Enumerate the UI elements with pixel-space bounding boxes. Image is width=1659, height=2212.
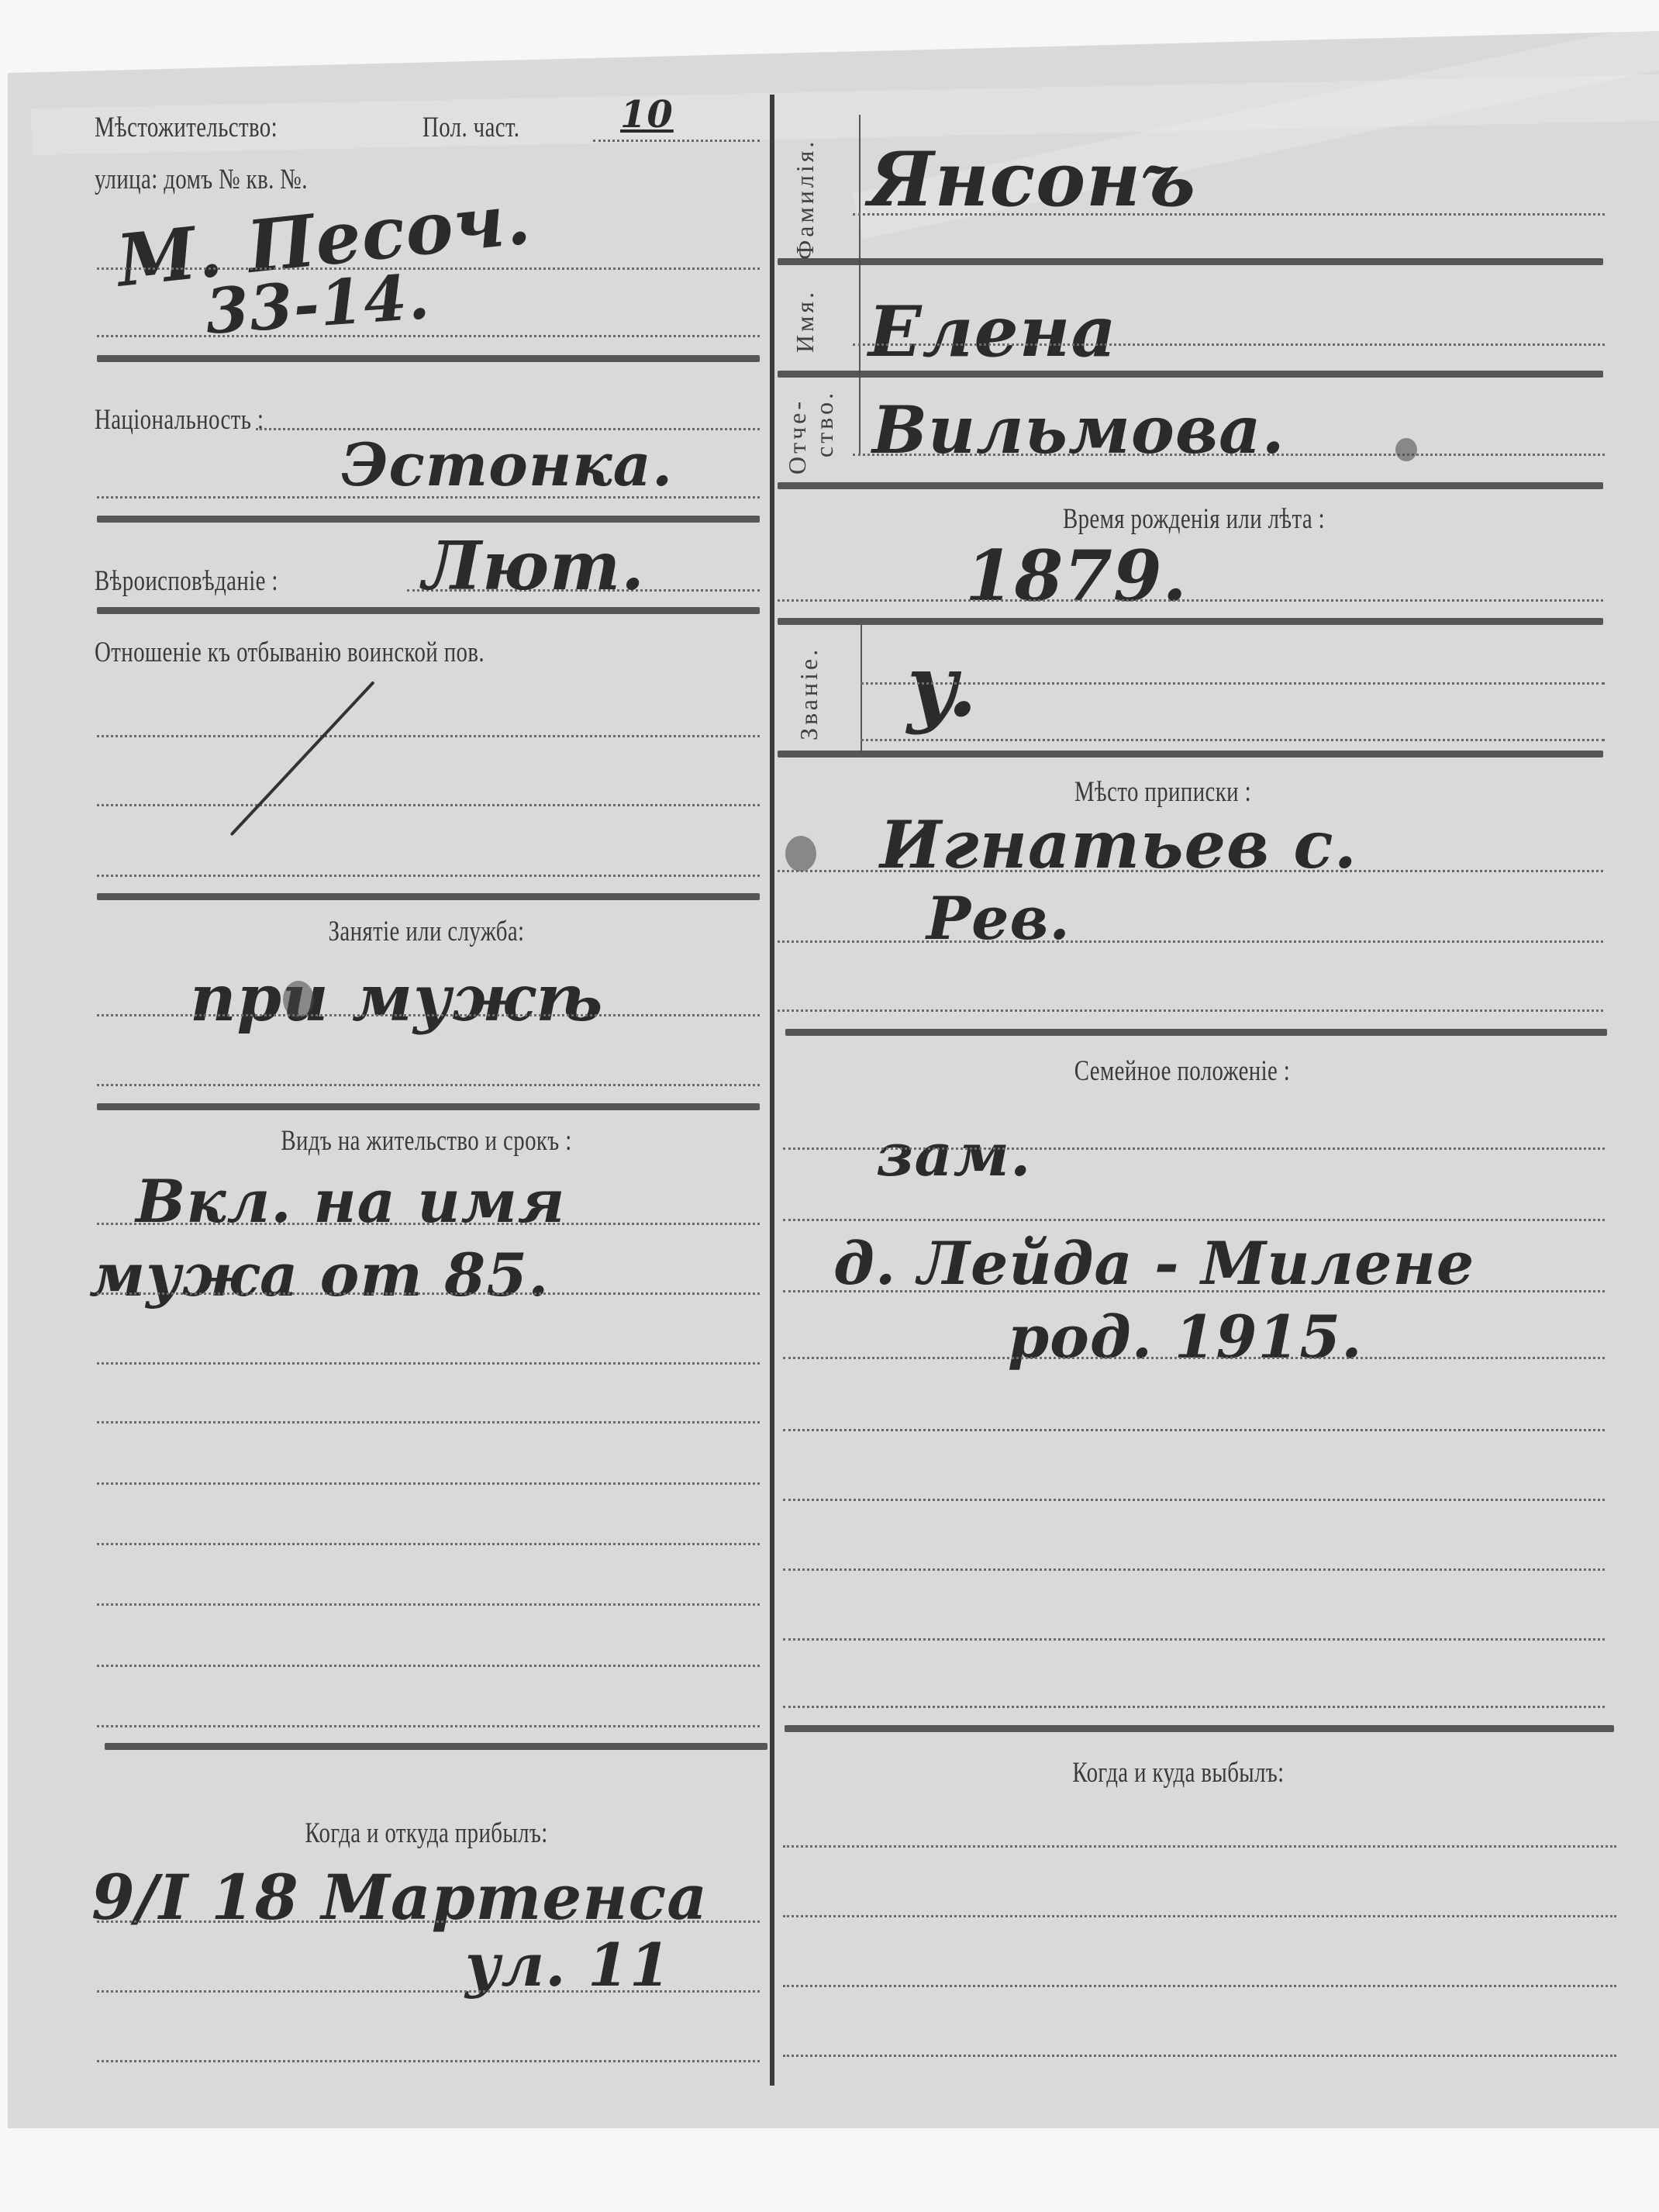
surname-value: Янсонъ	[868, 136, 1196, 223]
surname-label: Фамилія.	[791, 139, 819, 260]
family-line-4	[783, 1357, 1605, 1359]
section-rule	[778, 618, 1603, 625]
column-divider	[770, 95, 774, 2086]
permit-line-7	[97, 1603, 760, 1606]
section-rule	[778, 371, 1603, 378]
section-rule	[105, 1743, 767, 1750]
residence-line-2	[97, 335, 760, 337]
family-line-2	[783, 1219, 1605, 1221]
section-rule	[778, 482, 1603, 489]
religion-value: Лют.	[423, 527, 645, 606]
family-value-line2: д. Лейда - Милене	[833, 1229, 1474, 1298]
first-name-line	[853, 343, 1605, 346]
registration-place-label: Мѣсто приписки :	[1012, 775, 1314, 809]
surname-line	[853, 213, 1605, 216]
family-line-7	[783, 1568, 1605, 1571]
patronymic-label-line2: ство.	[810, 390, 839, 457]
street-label: улица: домъ № кв. №.	[95, 163, 308, 196]
permit-line-4	[97, 1421, 760, 1423]
occupation-value: при мужѣ	[190, 961, 603, 1036]
section-rule	[785, 1725, 1614, 1732]
permit-line-3	[97, 1362, 760, 1365]
permit-line-1	[97, 1223, 760, 1225]
rank-value: y.	[907, 636, 978, 736]
departure-line-1	[783, 1845, 1616, 1848]
family-line-1	[783, 1147, 1605, 1150]
residence-line-1	[97, 267, 760, 270]
ink-blot	[283, 981, 314, 1018]
rank-label-divider	[861, 624, 862, 752]
section-rule	[97, 355, 760, 362]
occupation-line-1	[97, 1014, 760, 1016]
permit-line-9	[97, 1725, 760, 1727]
departure-line-4	[783, 2055, 1616, 2057]
registration-line-3	[778, 1009, 1603, 1012]
nationality-label: Національность :	[95, 403, 264, 437]
ink-blot	[1395, 438, 1417, 461]
rank-label: Званіе.	[795, 647, 823, 740]
military-label: Отношеніе къ отбыванію воинской пов.	[95, 636, 485, 669]
section-rule	[97, 516, 760, 523]
nationality-line-2	[97, 496, 760, 499]
section-rule	[785, 1029, 1607, 1036]
section-rule	[778, 751, 1603, 757]
family-line-6	[783, 1499, 1605, 1501]
permit-line-2	[97, 1292, 760, 1295]
patronymic-value: Вильмова.	[872, 392, 1285, 468]
residence-label: Мѣстожительство:	[95, 111, 278, 144]
family-line-5	[783, 1429, 1605, 1431]
permit-line-8	[97, 1665, 760, 1667]
section-rule	[97, 607, 760, 614]
military-line-2	[97, 804, 760, 806]
section-rule	[97, 1103, 760, 1110]
section-rule	[97, 893, 760, 900]
residence-permit-value-line2: мужа от 85.	[89, 1241, 549, 1310]
family-line-3	[783, 1290, 1605, 1292]
birth-label: Время рожденія или лѣта :	[976, 502, 1412, 536]
police-part-label: Пол. част.	[423, 111, 519, 144]
label-column-divider	[859, 115, 861, 456]
nationality-value: Эстонка.	[341, 430, 673, 499]
permit-line-6	[97, 1543, 760, 1545]
family-value-line1: зам.	[876, 1120, 1031, 1189]
ink-blot	[785, 836, 816, 871]
family-line-8	[783, 1638, 1605, 1641]
police-part-line	[593, 140, 760, 142]
family-value-line3: род. 1915.	[1008, 1303, 1363, 1372]
first-name-label: Имя.	[791, 289, 819, 353]
arrival-label: Когда и откуда прибылъ:	[209, 1817, 644, 1850]
departure-label: Когда и куда выбылъ:	[1009, 1756, 1348, 1789]
registration-line-2	[778, 940, 1603, 943]
occupation-line-2	[97, 1084, 760, 1086]
birth-value: 1879.	[965, 535, 1188, 617]
rank-line-1	[861, 682, 1605, 685]
registration-line-1	[778, 870, 1603, 872]
residence-permit-value-line1: Вкл. на имя	[136, 1167, 565, 1236]
religion-label: Вѣроисповѣданіе :	[95, 564, 278, 598]
first-name-value: Елена	[868, 291, 1117, 373]
birth-line	[778, 599, 1603, 602]
section-rule	[778, 258, 1603, 265]
departure-line-3	[783, 1985, 1616, 1987]
permit-line-5	[97, 1482, 760, 1485]
family-label: Семейное положеніе :	[992, 1054, 1372, 1088]
family-line-9	[783, 1706, 1605, 1708]
arrival-line-2	[97, 1990, 760, 1993]
arrival-value-line2: ул. 11	[465, 1931, 671, 2000]
occupation-label: Занятіе или служба:	[239, 915, 614, 948]
military-line-3	[97, 875, 760, 877]
patronymic-line	[853, 454, 1605, 456]
rank-line-2	[861, 739, 1605, 741]
police-part-value: 10	[620, 93, 674, 136]
residence-permit-label: Видъ на жительство и срокъ :	[197, 1124, 657, 1158]
arrival-line-3	[97, 2060, 760, 2062]
departure-line-2	[783, 1915, 1616, 1917]
arrival-line-1	[97, 1920, 760, 1923]
military-line-1	[97, 735, 760, 737]
patronymic-label-line1: Отче-	[783, 399, 812, 474]
